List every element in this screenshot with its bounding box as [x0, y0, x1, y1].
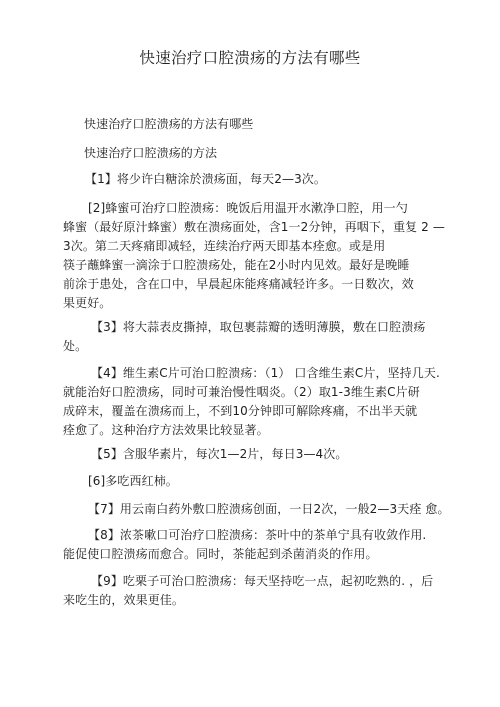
method-item-7: 【7】用云南白药外敷口腔溃疡创面，一日2次，一般2—3天痊 愈。	[88, 502, 450, 516]
method-item-6: [6]多吃西红柿。	[88, 474, 178, 488]
method-item-2-line-4: 筷子蘸蜂蜜一滴涂于口腔溃疡处，能在2小时内见效。最好是晚睡	[63, 258, 410, 272]
document-title: 快速治疗口腔溃疡的方法有哪些	[0, 46, 500, 68]
method-item-1: 【1】将少许白糖涂於溃疡面，每天2—3次。	[85, 172, 326, 186]
method-item-4-line-1: 【4】维生素C片可治口腔溃疡：（1） 口含维生素C片，坚持几天.	[91, 366, 440, 380]
subtitle: 快速治疗口腔溃疡的方法有哪些	[84, 117, 253, 131]
method-item-2-line-3: 3次。第二天疼痛即减轻，连续治疗两天即基本痊愈。或是用	[63, 239, 385, 253]
document-page: 快速治疗口腔溃疡的方法有哪些 快速治疗口腔溃疡的方法有哪些 快速治疗口腔溃疡的方…	[0, 0, 500, 707]
method-item-9-line-1: 【9】吃栗子可治口腔溃疡：每天坚持吃一点，起初吃熟的. ，后	[91, 574, 433, 588]
method-item-4-line-4: 痊愈了。这种治疗方法效果比较显著。	[63, 423, 269, 437]
method-item-2-line-1: [2]蜂蜜可治疗口腔溃疡：晚饭后用温开水漱净口腔，用一勺	[88, 201, 408, 215]
method-item-3-line-2: 处。	[63, 339, 87, 353]
method-item-4-line-2: 就能治好口腔溃疡，同时可兼治慢性咽炎。（2）取1-3维生素C片研	[63, 385, 420, 399]
method-item-4-line-3: 成碎末，覆盖在溃疡而上，不到10分钟即可解除疼痛，不出半天就	[63, 404, 417, 418]
method-item-8-line-2: 能促使口腔溃疡而愈合。同时，茶能起到杀菌消炎的作用。	[63, 547, 378, 561]
method-item-9-line-2: 来吃生的，效果更佳。	[63, 593, 184, 607]
method-item-2-line-6: 果更好。	[63, 296, 111, 310]
method-item-2-line-2: 蜂蜜（最好原汁蜂蜜）敷在溃疡面处，含1一2分钟，再咽下，重复 2 —	[63, 220, 445, 234]
section-heading: 快速治疗口腔溃疡的方法	[84, 146, 217, 160]
method-item-8-line-1: 【8】浓茶嗽口可治疗口腔溃疡：茶叶中的茶单宁具有收敛作用.	[88, 528, 426, 542]
method-item-5: 【5】含服华素片，每次1—2片，每日3—4次。	[91, 447, 347, 461]
method-item-3-line-1: 【3】将大蒜表皮撕掉，取包裹蒜瓣的透明薄膜，敷在口腔溃疡	[91, 320, 425, 334]
method-item-2-line-5: 前涂于患处，含在口中，早晨起床能疼痛减轻许多。一日数次，效	[63, 277, 414, 291]
